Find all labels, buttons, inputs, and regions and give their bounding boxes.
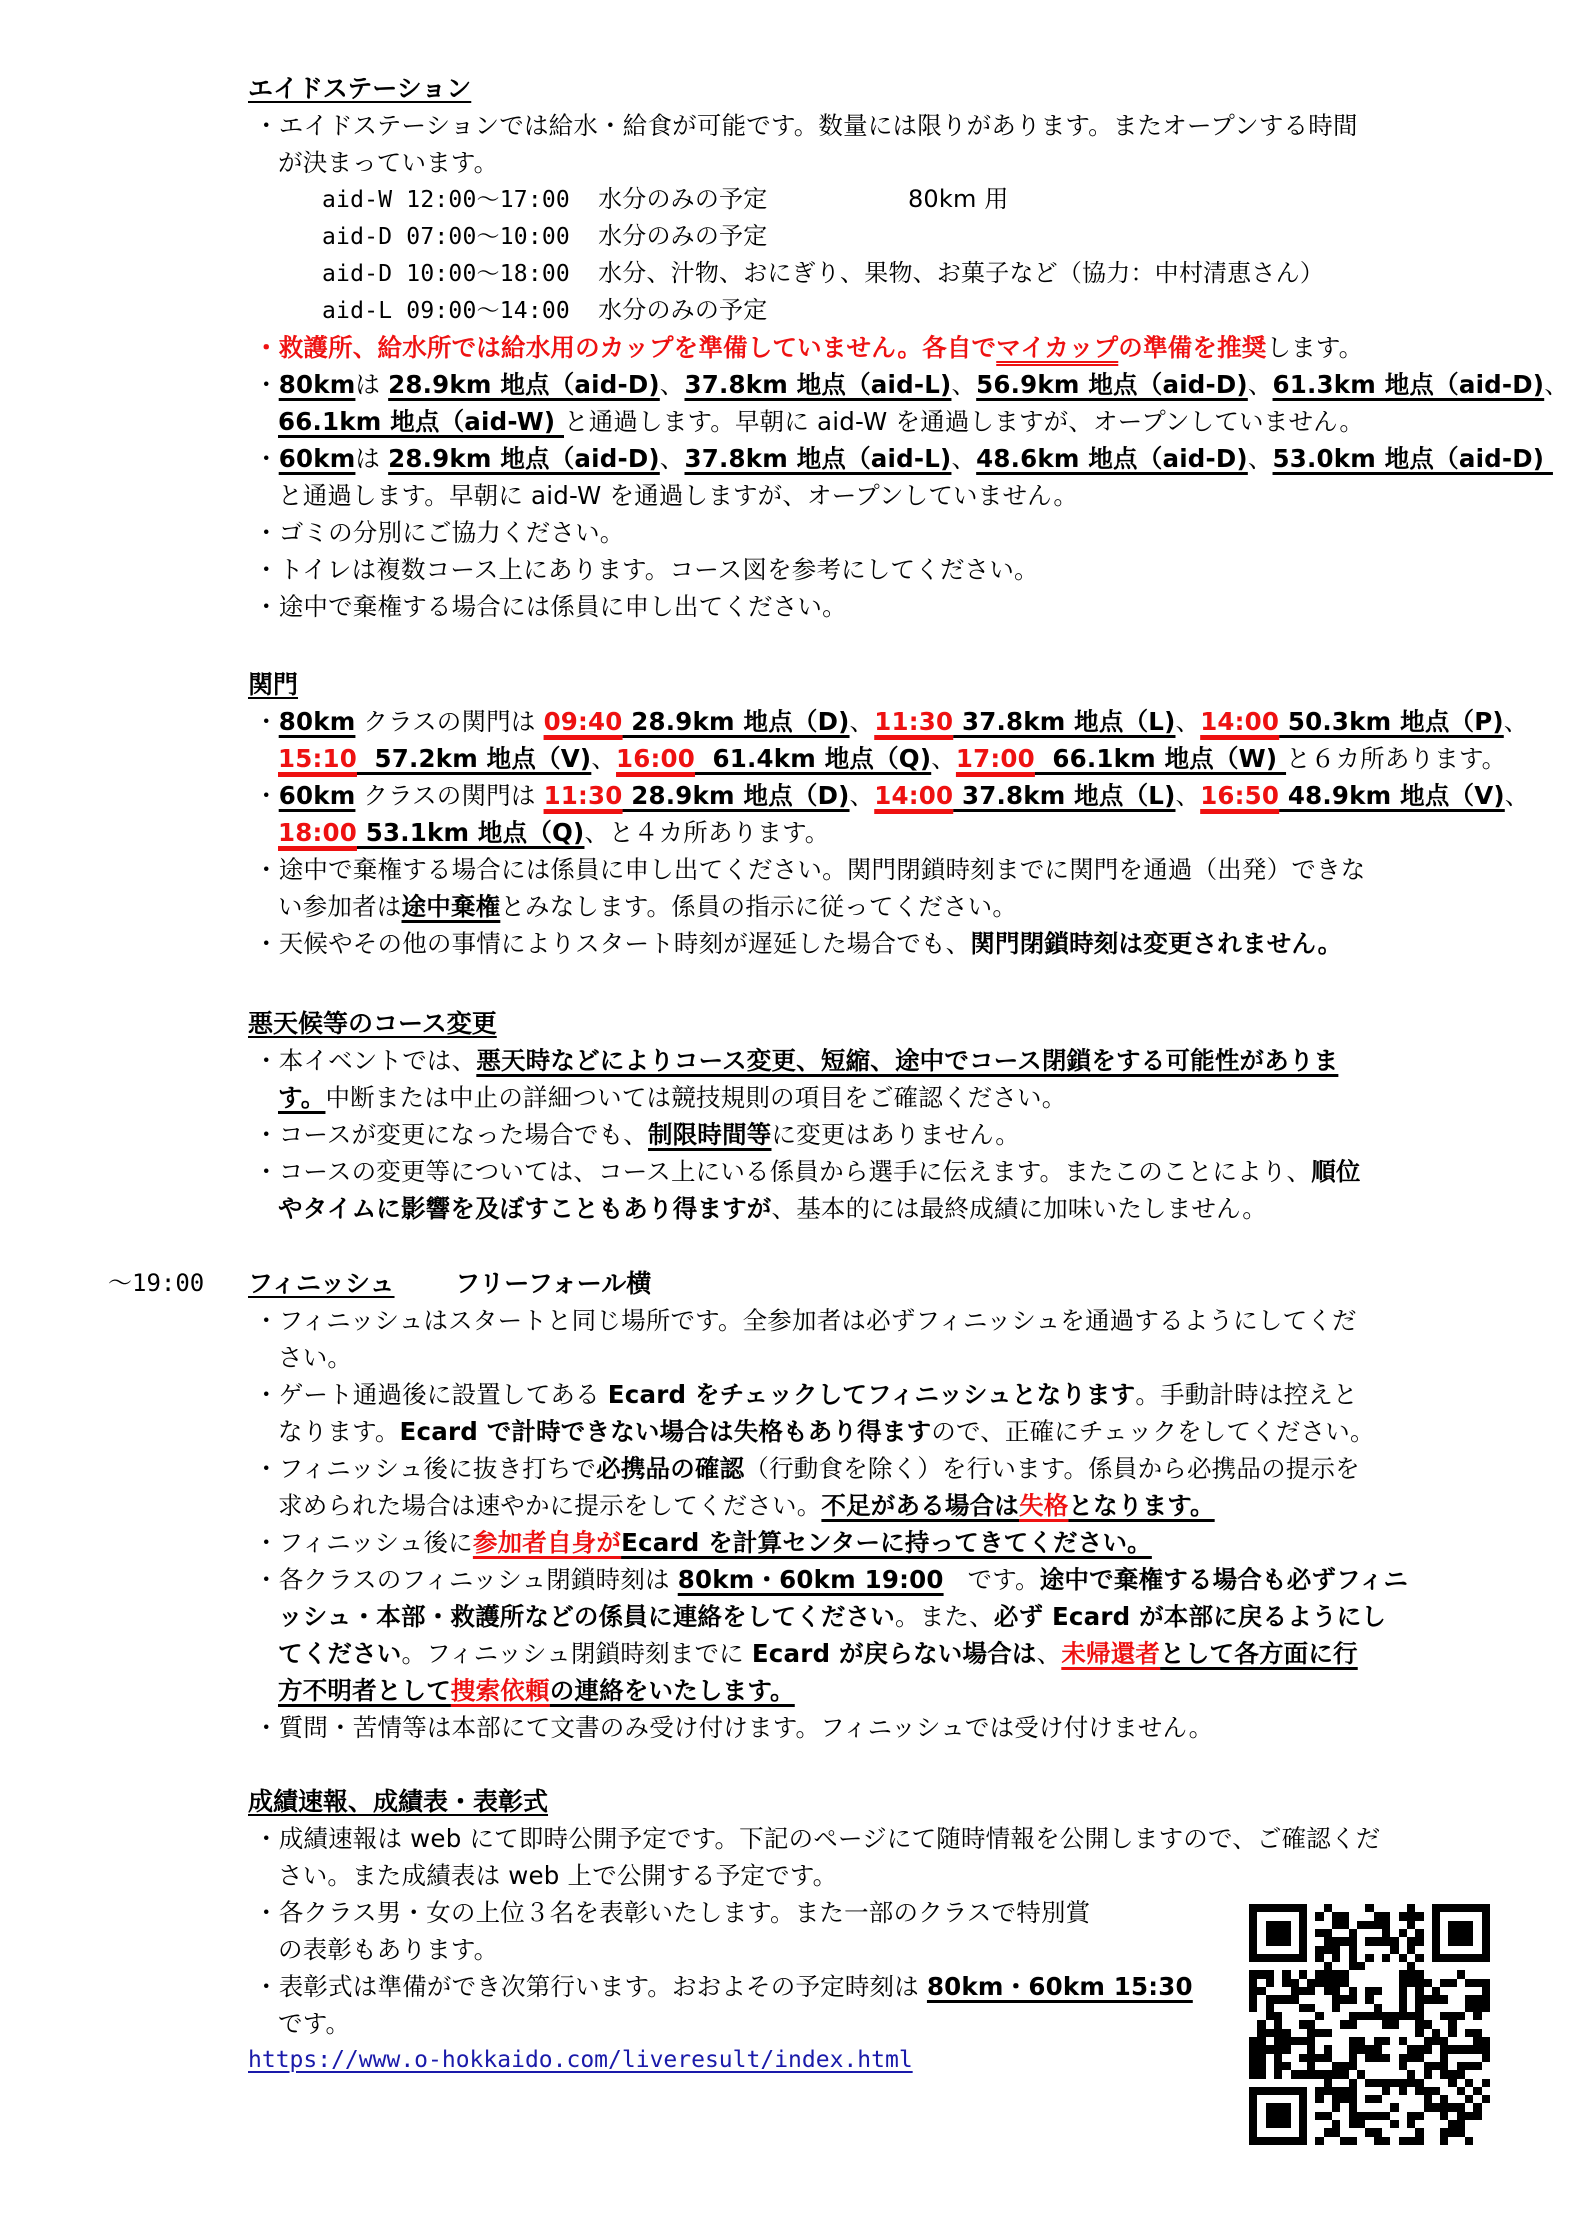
bullet-item: ・本イベントでは、悪天時などによりコース変更、短縮、途中でコース閉鎖をする可能性… bbox=[248, 1042, 1508, 1079]
text-segment: 、 bbox=[660, 444, 685, 473]
text-segment: 水分のみの予定 bbox=[598, 222, 767, 250]
highlight-text: 14:00 bbox=[1200, 707, 1279, 736]
emphasis-text: 28.9km 地点（aid-D) bbox=[388, 370, 660, 399]
text-segment: 必ず Ecard が本部に戻るようにし bbox=[994, 1602, 1386, 1631]
highlight-text: ・救護所、給水所では給水用のカップを準備していません。各自で bbox=[254, 333, 996, 362]
checkpoints-body: ・80km クラスの関門は 09:40 28.9km 地点（D)、11:30 3… bbox=[248, 703, 1508, 962]
text-segment: ・ bbox=[254, 781, 279, 810]
section-course-change: 悪天候等のコース変更 ・本イベントでは、悪天時などによりコース変更、短縮、途中で… bbox=[248, 1005, 1508, 1227]
continuation-line: ッシュ・本部・救護所などの係員に連絡をしてください。また、必ず Ecard が本… bbox=[248, 1598, 1508, 1635]
text-segment: 、 bbox=[660, 370, 685, 399]
continuation-line: と通過します。早朝に aid-W を通過しますが、オープンしていません。 bbox=[248, 477, 1508, 514]
emphasis-text: 56.9km 地点（aid-D) bbox=[976, 370, 1248, 399]
text-segment: ・エイドステーションでは給水・給食が可能です。数量には限りがあります。またオープ… bbox=[254, 111, 1358, 140]
highlight-text: マイカップ bbox=[996, 333, 1118, 362]
text-segment: 。また、 bbox=[895, 1602, 994, 1631]
highlight-text: 未帰還者 bbox=[1061, 1639, 1160, 1668]
text-segment: は bbox=[355, 444, 388, 473]
emphasis-text: 61.4km 地点（Q) bbox=[695, 744, 931, 773]
text-segment: ・各クラス男・女の上位３名を表彰いたします。また一部のクラスで特別賞 bbox=[254, 1898, 1090, 1927]
continuation-line: い参加者は途中棄権とみなします。係員の指示に従ってください。 bbox=[248, 888, 1508, 925]
bullet-item: ・60kmは 28.9km 地点（aid-D)、37.8km 地点（aid-L)… bbox=[248, 440, 1508, 477]
text-segment: ・成績速報は web にて即時公開予定です。下記のページにて随時情報を公開します… bbox=[254, 1824, 1380, 1853]
text-segment: 、 bbox=[931, 744, 956, 773]
text-segment: と通過します。早朝に aid-W を通過しますが、オープンしていません。 bbox=[564, 407, 1364, 436]
text-segment: aid-D 10:00～18:00 bbox=[322, 261, 598, 287]
text-segment: ・表彰式は準備ができ次第行います。おおよその予定時刻は bbox=[254, 1972, 927, 2001]
continuation-line: 方不明者として捜索依頼の連絡をいたします。 bbox=[248, 1672, 1508, 1709]
finish-time-label: ～19:00 bbox=[108, 1265, 204, 1302]
bullet-item: ・途中で棄権する場合には係員に申し出てください。 bbox=[248, 588, 1508, 625]
text-segment: 、 bbox=[1248, 444, 1273, 473]
text-segment: 途中で棄権する場合も必ずフィニ bbox=[1040, 1565, 1409, 1594]
emphasis-text: 80km・60km 19:00 bbox=[678, 1565, 944, 1594]
section-heading: フィニッシュ フリーフォール横 bbox=[248, 1265, 1508, 1302]
bullet-item: ・救護所、給水所では給水用のカップを準備していません。各自でマイカップの準備を推… bbox=[248, 329, 1508, 366]
text-segment: 、 bbox=[1175, 781, 1200, 810]
bullet-item: ・天候やその他の事情によりスタート時刻が遅延した場合でも、関門閉鎖時刻は変更され… bbox=[248, 925, 1508, 962]
bullet-item: ・質問・苦情等は本部にて文書のみ受け付けます。フィニッシュでは受け付けません。 bbox=[248, 1709, 1508, 1746]
emphasis-text: 途中棄権 bbox=[402, 892, 501, 921]
emphasis-text: 60km bbox=[279, 444, 356, 473]
text-segment: Ecard が戻らない場合は bbox=[752, 1639, 1037, 1668]
section-finish: フィニッシュ フリーフォール横 ・フィニッシュはスタートと同じ場所です。全参加者… bbox=[248, 1265, 1508, 1746]
text-segment: aid-D 07:00～10:00 bbox=[322, 224, 598, 250]
emphasis-text: 28.9km 地点（D) bbox=[623, 781, 850, 810]
continuation-line: なります。Ecard で計時できない場合は失格もあり得ますので、正確にチェックを… bbox=[248, 1413, 1508, 1450]
text-segment: 、 bbox=[1505, 781, 1530, 810]
text-segment: と通過します。早朝に aid-W を通過しますが、オープンしていません。 bbox=[278, 481, 1078, 510]
highlight-text: 09:40 bbox=[544, 707, 623, 736]
text-segment: ・フィニッシュ後に抜き打ちで bbox=[254, 1454, 596, 1483]
emphasis-text: 制限時間等 bbox=[648, 1120, 772, 1149]
text-segment: ・本イベントでは、 bbox=[254, 1046, 476, 1075]
continuation-line: 求められた場合は速やかに提示をしてください。不足がある場合は失格となります。 bbox=[248, 1487, 1508, 1524]
text-segment: の表彰もあります。 bbox=[278, 1935, 498, 1964]
finish-location: フリーフォール横 bbox=[455, 1265, 651, 1302]
bullet-item: ・60km クラスの関門は 11:30 28.9km 地点（D)、14:00 3… bbox=[248, 777, 1508, 814]
highlight-text: 参加者自身が bbox=[473, 1528, 621, 1557]
text-segment: 関門閉鎖時刻は変更されません。 bbox=[970, 929, 1342, 958]
emphasis-text: の連絡をいたします。 bbox=[550, 1676, 795, 1705]
emphasis-text: 53.0km 地点（aid-D) bbox=[1273, 444, 1553, 473]
emphasis-text: 50.3km 地点（P) bbox=[1279, 707, 1504, 736]
text-segment: に変更はありません。 bbox=[771, 1120, 1019, 1149]
aid-schedule-row: aid-D 07:00～10:00 水分のみの予定 bbox=[248, 218, 1508, 255]
emphasis-text: となります。 bbox=[1068, 1491, 1214, 1520]
bullet-item: ・フィニッシュ後に抜き打ちで必携品の確認（行動食を除く）を行います。係員から必携… bbox=[248, 1450, 1508, 1487]
finish-body: ・フィニッシュはスタートと同じ場所です。全参加者は必ずフィニッシュを通過するよう… bbox=[248, 1302, 1508, 1746]
emphasis-text: 28.9km 地点（aid-D) bbox=[388, 444, 660, 473]
bullet-item: ・コースの変更等については、コース上にいる係員から選手に伝えます。またこのことに… bbox=[248, 1153, 1508, 1190]
section-checkpoints: 関門 ・80km クラスの関門は 09:40 28.9km 地点（D)、11:3… bbox=[248, 666, 1508, 962]
text-segment: 、 bbox=[951, 370, 976, 399]
text-segment: クラスの関門は bbox=[355, 707, 543, 736]
bullet-item: ・80km クラスの関門は 09:40 28.9km 地点（D)、11:30 3… bbox=[248, 703, 1508, 740]
emphasis-text: 37.8km 地点（aid-L) bbox=[685, 370, 952, 399]
text-segment: ・途中で棄権する場合には係員に申し出てください。 bbox=[254, 592, 847, 621]
continuation-line: さい。また成績表は web 上で公開する予定です。 bbox=[248, 1857, 1508, 1894]
text-segment: 必携品の確認 bbox=[596, 1454, 744, 1483]
text-segment: ・コースが変更になった場合でも、 bbox=[254, 1120, 648, 1149]
text-segment: さい。また成績表は web 上で公開する予定です。 bbox=[278, 1861, 837, 1890]
text-segment: ・質問・苦情等は本部にて文書のみ受け付けます。フィニッシュでは受け付けません。 bbox=[254, 1713, 1213, 1742]
text-segment: とみなします。係員の指示に従ってください。 bbox=[500, 892, 1017, 921]
text-segment: ・フィニッシュ後に bbox=[254, 1528, 473, 1557]
text-segment: 、 bbox=[1248, 370, 1273, 399]
text-segment: 。フィニッシュ閉鎖時刻までに bbox=[402, 1639, 752, 1668]
emphasis-text: 37.8km 地点（L) bbox=[953, 781, 1175, 810]
text-segment: やタイムに影響を及ぼすこともあり得ますが bbox=[278, 1194, 772, 1223]
text-segment: ・天候やその他の事情によりスタート時刻が遅延した場合でも、 bbox=[254, 929, 970, 958]
continuation-line: す。中断または中止の詳細ついては競技規則の項目をご確認ください。 bbox=[248, 1079, 1508, 1116]
emphasis-text: 61.3km 地点（aid-D) bbox=[1273, 370, 1545, 399]
highlight-text: 捜索依頼 bbox=[451, 1676, 550, 1705]
aid-schedule-row: aid-D 10:00～18:00 水分、汁物、おにぎり、果物、お菓子など（協力… bbox=[248, 255, 1508, 292]
text-segment: 、 bbox=[951, 444, 976, 473]
text-segment: ・トイレは複数コース上にあります。コース図を参考にしてください。 bbox=[254, 555, 1039, 584]
course-change-body: ・本イベントでは、悪天時などによりコース変更、短縮、途中でコース閉鎖をする可能性… bbox=[248, 1042, 1508, 1227]
text-segment: 中断または中止の詳細ついては競技規則の項目をご確認ください。 bbox=[325, 1083, 1066, 1112]
highlight-text: 14:00 bbox=[874, 781, 953, 810]
text-segment: ・ bbox=[254, 444, 279, 473]
aid-schedule-row: aid-W 12:00～17:00 水分のみの予定 80km 用 bbox=[248, 181, 1508, 218]
text-segment: ・途中で棄権する場合には係員に申し出てください。関門閉鎖時刻までに関門を通過（出… bbox=[254, 855, 1366, 884]
highlight-text: 失格 bbox=[1019, 1491, 1068, 1520]
text-segment: （行動食を除く）を行います。係員から必携品の提示を bbox=[744, 1454, 1360, 1483]
text-segment: ・ bbox=[254, 707, 279, 736]
text-segment: ・コースの変更等については、コース上にいる係員から選手に伝えます。またこのことに… bbox=[254, 1157, 1311, 1186]
text-segment: てください bbox=[278, 1639, 402, 1668]
emphasis-text: 不足がある場合は bbox=[821, 1491, 1019, 1520]
emphasis-text: 48.6km 地点（aid-D) bbox=[976, 444, 1248, 473]
bullet-item: ・途中で棄権する場合には係員に申し出てください。関門閉鎖時刻までに関門を通過（出… bbox=[248, 851, 1508, 888]
highlight-text: 18:00 bbox=[278, 818, 357, 847]
text-segment: い参加者は bbox=[278, 892, 402, 921]
bullet-item: ・各クラスのフィニッシュ閉鎖時刻は 80km・60km 19:00 です。途中で… bbox=[248, 1561, 1508, 1598]
highlight-text: 16:50 bbox=[1200, 781, 1279, 810]
text-segment: 、 bbox=[1037, 1639, 1062, 1668]
emphasis-text: 80km・60km 15:30 bbox=[927, 1972, 1193, 2001]
section-aid-station: エイドステーション ・エイドステーションでは給水・給食が可能です。数量には限りが… bbox=[248, 70, 1508, 625]
text-segment: 順位 bbox=[1311, 1157, 1360, 1186]
aid-station-body: ・エイドステーションでは給水・給食が可能です。数量には限りがあります。またオープ… bbox=[248, 107, 1508, 625]
continuation-line: 18:00 53.1km 地点（Q)、と４カ所あります。 bbox=[248, 814, 1508, 851]
qr-code-icon bbox=[1249, 1904, 1490, 2145]
text-segment: 水分のみの予定 bbox=[598, 296, 767, 324]
text-segment: 80km 用 bbox=[908, 185, 1009, 213]
emphasis-text: 48.9km 地点（V) bbox=[1279, 781, 1505, 810]
highlight-text: 16:00 bbox=[616, 744, 695, 773]
text-segment: aid-L 09:00～14:00 bbox=[322, 298, 598, 324]
continuation-line: が決まっています。 bbox=[248, 144, 1508, 181]
emphasis-text: 悪天時などによりコース変更、短縮、途中でコース閉鎖をする可能性がありま bbox=[476, 1046, 1338, 1075]
bullet-item: ・エイドステーションでは給水・給食が可能です。数量には限りがあります。またオープ… bbox=[248, 107, 1508, 144]
continuation-line: やタイムに影響を及ぼすこともあり得ますが、基本的には最終成績に加味いたしません。 bbox=[248, 1190, 1508, 1227]
emphasis-text: 80km bbox=[279, 707, 356, 736]
bullet-item: ・フィニッシュ後に参加者自身がEcard を計算センターに持ってきてください。 bbox=[248, 1524, 1508, 1561]
text-segment: ・ゲート通過後に設置してある bbox=[254, 1380, 608, 1409]
highlight-text: 17:00 bbox=[956, 744, 1035, 773]
text-segment: 水分のみの予定 bbox=[598, 185, 767, 213]
text-segment: Ecard で計時できない場合は失格もあり得ます bbox=[400, 1417, 932, 1446]
emphasis-text: 80km bbox=[279, 370, 356, 399]
emphasis-text: Ecard を計算センターに持ってきてください。 bbox=[621, 1528, 1152, 1557]
highlight-text: の準備を推奨 bbox=[1118, 333, 1266, 362]
text-segment: 、 bbox=[1504, 707, 1529, 736]
bullet-item: ・トイレは複数コース上にあります。コース図を参考にしてください。 bbox=[248, 551, 1508, 588]
text-segment: ・ bbox=[254, 370, 279, 399]
text-segment: 、と４カ所あります。 bbox=[584, 818, 829, 847]
text-segment: です。 bbox=[278, 2009, 350, 2038]
text-segment: 。手動計時は控えと bbox=[1135, 1380, 1357, 1409]
text-segment: 、基本的には最終成績に加味いたしません。 bbox=[772, 1194, 1267, 1223]
emphasis-text: として各方面に行 bbox=[1160, 1639, 1358, 1668]
emphasis-text: 60km bbox=[279, 781, 356, 810]
text-segment: 、 bbox=[1175, 707, 1200, 736]
text-segment: と６カ所あります。 bbox=[1286, 744, 1506, 773]
continuation-line: 66.1km 地点（aid-W) と通過します。早朝に aid-W を通過します… bbox=[248, 403, 1508, 440]
text-segment: ・フィニッシュはスタートと同じ場所です。全参加者は必ずフィニッシュを通過するよう… bbox=[254, 1306, 1357, 1335]
text-segment: なります。 bbox=[278, 1417, 400, 1446]
text-segment: ・各クラスのフィニッシュ閉鎖時刻は bbox=[254, 1565, 678, 1594]
highlight-text: 11:30 bbox=[874, 707, 953, 736]
live-result-link[interactable]: https://www.o-hokkaido.com/liveresult/in… bbox=[248, 2047, 913, 2073]
continuation-line: 15:10 57.2km 地点（V)、16:00 61.4km 地点（Q)、17… bbox=[248, 740, 1508, 777]
text-segment: 求められた場合は速やかに提示をしてください。 bbox=[278, 1491, 821, 1520]
section-heading: 関門 bbox=[248, 666, 1508, 703]
bullet-item: ・成績速報は web にて即時公開予定です。下記のページにて随時情報を公開します… bbox=[248, 1820, 1508, 1857]
emphasis-text: 方不明者として bbox=[278, 1676, 451, 1705]
text-segment: が決まっています。 bbox=[278, 148, 498, 177]
text-segment: ッシュ・本部・救護所などの係員に連絡をしてください bbox=[278, 1602, 895, 1631]
text-segment: 、 bbox=[850, 707, 875, 736]
emphasis-text: 57.2km 地点（V) bbox=[357, 744, 591, 773]
bullet-item: ・コースが変更になった場合でも、制限時間等に変更はありません。 bbox=[248, 1116, 1508, 1153]
text-segment: ので、正確にチェックをしてください。 bbox=[931, 1417, 1374, 1446]
highlight-text: 11:30 bbox=[544, 781, 623, 810]
text-segment: Ecard をチェックしてフィニッシュとなります bbox=[608, 1380, 1136, 1409]
text-segment: 、 bbox=[591, 744, 616, 773]
text-segment: さい。 bbox=[278, 1343, 352, 1372]
text-segment bbox=[767, 187, 907, 213]
text-segment: 、 bbox=[850, 781, 875, 810]
document-page: エイドステーション ・エイドステーションでは給水・給食が可能です。数量には限りが… bbox=[0, 0, 1580, 2234]
emphasis-text: 37.8km 地点（aid-L) bbox=[685, 444, 952, 473]
aid-schedule-row: aid-L 09:00～14:00 水分のみの予定 bbox=[248, 292, 1508, 329]
continuation-line: さい。 bbox=[248, 1339, 1508, 1376]
bullet-item: ・ゲート通過後に設置してある Ecard をチェックしてフィニッシュとなります。… bbox=[248, 1376, 1508, 1413]
text-segment: します。 bbox=[1266, 333, 1363, 362]
bullet-item: ・ゴミの分別にご協力ください。 bbox=[248, 514, 1508, 551]
text-segment: 水分、汁物、おにぎり、果物、お菓子など（協力：中村清恵さん） bbox=[598, 259, 1324, 287]
highlight-text: 15:10 bbox=[278, 744, 357, 773]
section-heading: 悪天候等のコース変更 bbox=[248, 1005, 1508, 1042]
emphasis-text: 66.1km 地点（aid-W) bbox=[278, 407, 564, 436]
emphasis-text: す。 bbox=[278, 1083, 325, 1112]
emphasis-text: 53.1km 地点（Q) bbox=[357, 818, 584, 847]
bullet-item: ・80kmは 28.9km 地点（aid-D)、37.8km 地点（aid-L)… bbox=[248, 366, 1508, 403]
text-segment: aid-W 12:00～17:00 bbox=[322, 187, 598, 213]
emphasis-text: 37.8km 地点（L) bbox=[953, 707, 1175, 736]
emphasis-text: 28.9km 地点（D) bbox=[623, 707, 850, 736]
bullet-item: ・フィニッシュはスタートと同じ場所です。全参加者は必ずフィニッシュを通過するよう… bbox=[248, 1302, 1508, 1339]
emphasis-text: 66.1km 地点（W) bbox=[1035, 744, 1286, 773]
continuation-line: てください。フィニッシュ閉鎖時刻までに Ecard が戻らない場合は、未帰還者と… bbox=[248, 1635, 1508, 1672]
text-segment: ・ゴミの分別にご協力ください。 bbox=[254, 518, 625, 547]
text-segment: クラスの関門は bbox=[355, 781, 543, 810]
section-heading: 成績速報、成績表・表彰式 bbox=[248, 1783, 1508, 1820]
section-heading: エイドステーション bbox=[248, 70, 1508, 107]
text-segment: は bbox=[355, 370, 388, 399]
text-segment: です。 bbox=[944, 1565, 1040, 1594]
text-segment: 、 bbox=[1544, 370, 1569, 399]
